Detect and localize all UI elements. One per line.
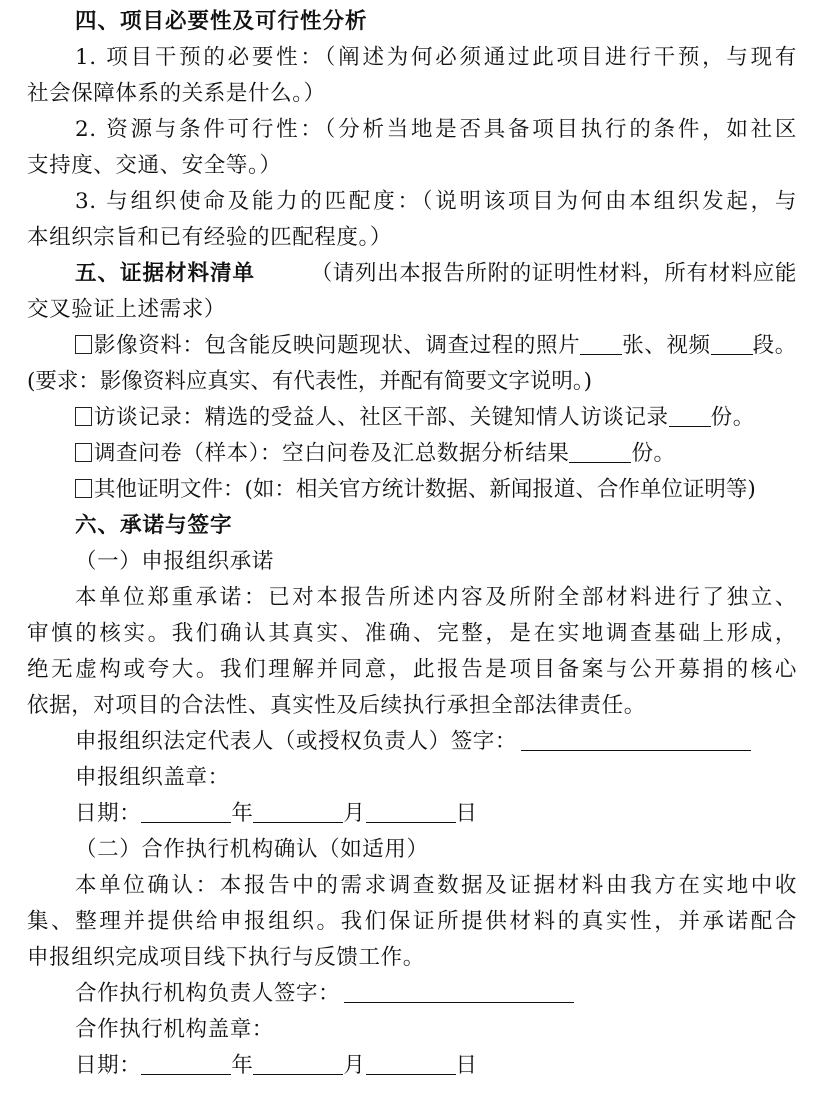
part2-year-field[interactable] <box>141 1054 231 1075</box>
part1-signature-line: 申报组织法定代表人（或授权负责人）签字： <box>75 728 819 756</box>
video-count-blank[interactable] <box>711 334 753 355</box>
questionnaire-count-blank[interactable] <box>569 442 631 463</box>
part2-day-field[interactable] <box>366 1054 456 1075</box>
section4-item3-line1: 3. 与组织使命及能力的匹配度：（说明该项目为何由本组织发起，与 <box>75 188 797 216</box>
part1-para-line2: 审慎的核实。我们确认其真实、准确、完整，是在实地调查基础上形成， <box>27 620 797 648</box>
checklist-item-other: 其他证明文件：(如：相关官方统计数据、新闻报道、合作单位证明等) <box>75 476 819 504</box>
section4-heading: 四、项目必要性及可行性分析 <box>75 8 819 36</box>
checkbox[interactable] <box>75 335 92 354</box>
checkbox[interactable] <box>75 407 92 426</box>
part1-year-field[interactable] <box>141 802 231 823</box>
section4-item1-line2: 社会保障体系的关系是什么。） <box>27 80 797 108</box>
checklist-item-interviews: 访谈记录：精选的受益人、社区干部、关键知情人访谈记录份。 <box>75 404 819 432</box>
executor-signature-field[interactable] <box>344 982 574 1003</box>
part2-para-line2: 集、整理并提供给申报组织。我们保证所提供材料的真实性，并承诺配合 <box>27 908 797 936</box>
part2-seal-label: 合作执行机构盖章： <box>75 1016 819 1044</box>
photo-count-blank[interactable] <box>580 334 622 355</box>
part1-para-line1: 本单位郑重承诺：已对本报告所述内容及所附全部材料进行了独立、 <box>75 584 797 612</box>
part2-para-line1: 本单位确认：本报告中的需求调查数据及证据材料由我方在实地中收 <box>75 872 797 900</box>
checklist-item-images-note: (要求：影像资料应真实、有代表性，并配有简要文字说明。) <box>27 368 797 396</box>
part1-para-line3: 绝无虚构或夸大。我们理解并同意，此报告是项目备案与公开募捐的核心 <box>27 656 797 684</box>
part2-month-field[interactable] <box>253 1054 343 1075</box>
part1-date-line: 日期：年月日 <box>75 800 819 828</box>
part1-month-field[interactable] <box>253 802 343 823</box>
interview-count-blank[interactable] <box>669 406 711 427</box>
section4-item2-line2: 支持度、交通、安全等。） <box>27 152 797 180</box>
representative-signature-field[interactable] <box>521 730 751 751</box>
section4-item3-line2: 本组织宗旨和已有经验的匹配程度。） <box>27 224 797 252</box>
part1-para-line4: 依据，对项目的合法性、真实性及后续执行承担全部法律责任。 <box>27 692 797 720</box>
checklist-item-images: 影像资料：包含能反映问题现状、调查过程的照片张、视频段。 <box>75 332 797 360</box>
part2-title: （二）合作执行机构确认（如适用） <box>75 836 819 864</box>
part1-day-field[interactable] <box>366 802 456 823</box>
section5-heading-note-line2: 交叉验证上述需求） <box>27 296 797 324</box>
section6-heading: 六、承诺与签字 <box>75 512 819 540</box>
section4-item1-line1: 1. 项目干预的必要性：（阐述为何必须通过此项目进行干预，与现有 <box>75 44 797 72</box>
checkbox[interactable] <box>75 479 92 498</box>
checklist-item-questionnaire: 调查问卷（样本）：空白问卷及汇总数据分析结果份。 <box>75 440 819 468</box>
section4-item2-line1: 2. 资源与条件可行性：（分析当地是否具备项目执行的条件，如社区 <box>75 116 797 144</box>
part2-signature-line: 合作执行机构负责人签字： <box>75 980 819 1008</box>
section5-heading-line: 五、证据材料清单 （请列出本报告所附的证明性材料，所有材料应能 <box>75 260 797 288</box>
document-page: 四、项目必要性及可行性分析 1. 项目干预的必要性：（阐述为何必须通过此项目进行… <box>0 0 819 1115</box>
part2-para-line3: 申报组织完成项目线下执行与反馈工作。 <box>27 944 797 972</box>
part2-date-line: 日期：年月日 <box>75 1052 819 1080</box>
part1-title: （一）申报组织承诺 <box>75 548 819 576</box>
part1-seal-label: 申报组织盖章： <box>75 764 819 792</box>
section5-heading-note: （请列出本报告所附的证明性材料，所有材料应能 <box>311 260 797 288</box>
section5-heading: 五、证据材料清单 <box>75 260 255 288</box>
checkbox[interactable] <box>75 443 92 462</box>
